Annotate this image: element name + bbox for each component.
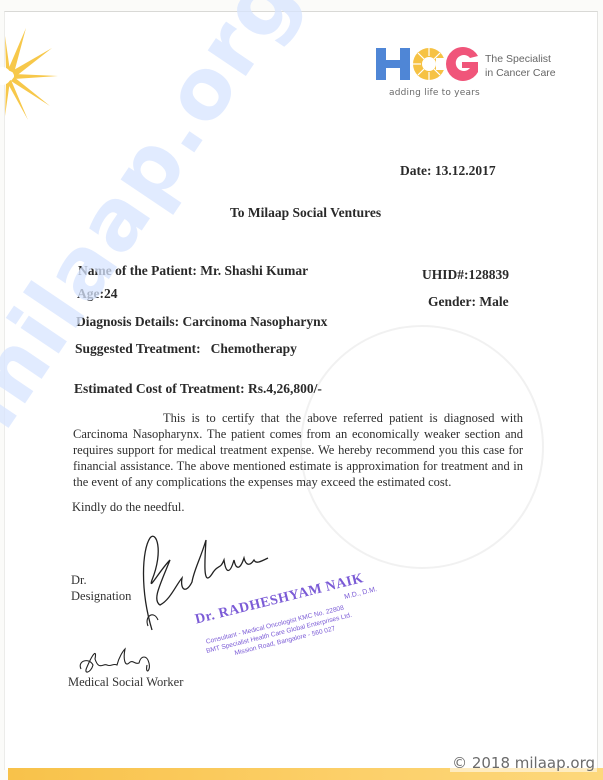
signatory-dr: Dr.: [71, 572, 131, 588]
closing-line: Kindly do the needful.: [72, 500, 184, 515]
diagnosis-details: Diagnosis Details: Carcinoma Nasopharynx: [76, 314, 327, 330]
hcg-logo: adding life to years: [374, 44, 484, 102]
suggested-treatment: Suggested Treatment:Chemotherapy: [75, 341, 297, 357]
signatory-block: Dr. Designation: [71, 572, 131, 604]
social-worker-label: Medical Social Worker: [68, 675, 183, 690]
logo-tagline: adding life to years: [389, 88, 480, 98]
certification-body: This is to certify that the above referr…: [73, 410, 523, 490]
treatment-label: Suggested Treatment:: [75, 341, 201, 356]
patient-age: Age:24: [77, 286, 118, 302]
specialist-line-1: The Specialist: [485, 52, 556, 66]
hcg-logo-mark: [374, 44, 480, 84]
specialist-line-2: in Cancer Care: [485, 66, 556, 80]
patient-name: Name of the Patient: Mr. Shashi Kumar: [78, 263, 308, 279]
recipient: To Milaap Social Ventures: [230, 205, 381, 221]
estimated-cost: Estimated Cost of Treatment: Rs.4,26,800…: [74, 381, 322, 397]
uhid: UHID#:128839: [422, 267, 509, 283]
specialist-tagline: The Specialist in Cancer Care: [485, 52, 556, 80]
copyright: © 2018 milaap.org: [450, 754, 597, 772]
treatment-value: Chemotherapy: [211, 341, 297, 356]
certification-text: This is to certify that the above referr…: [73, 411, 523, 489]
letter-date: Date: 13.12.2017: [400, 163, 496, 179]
gender: Gender: Male: [428, 294, 509, 310]
signatory-designation: Designation: [71, 588, 131, 604]
sun-icon: [0, 18, 60, 128]
